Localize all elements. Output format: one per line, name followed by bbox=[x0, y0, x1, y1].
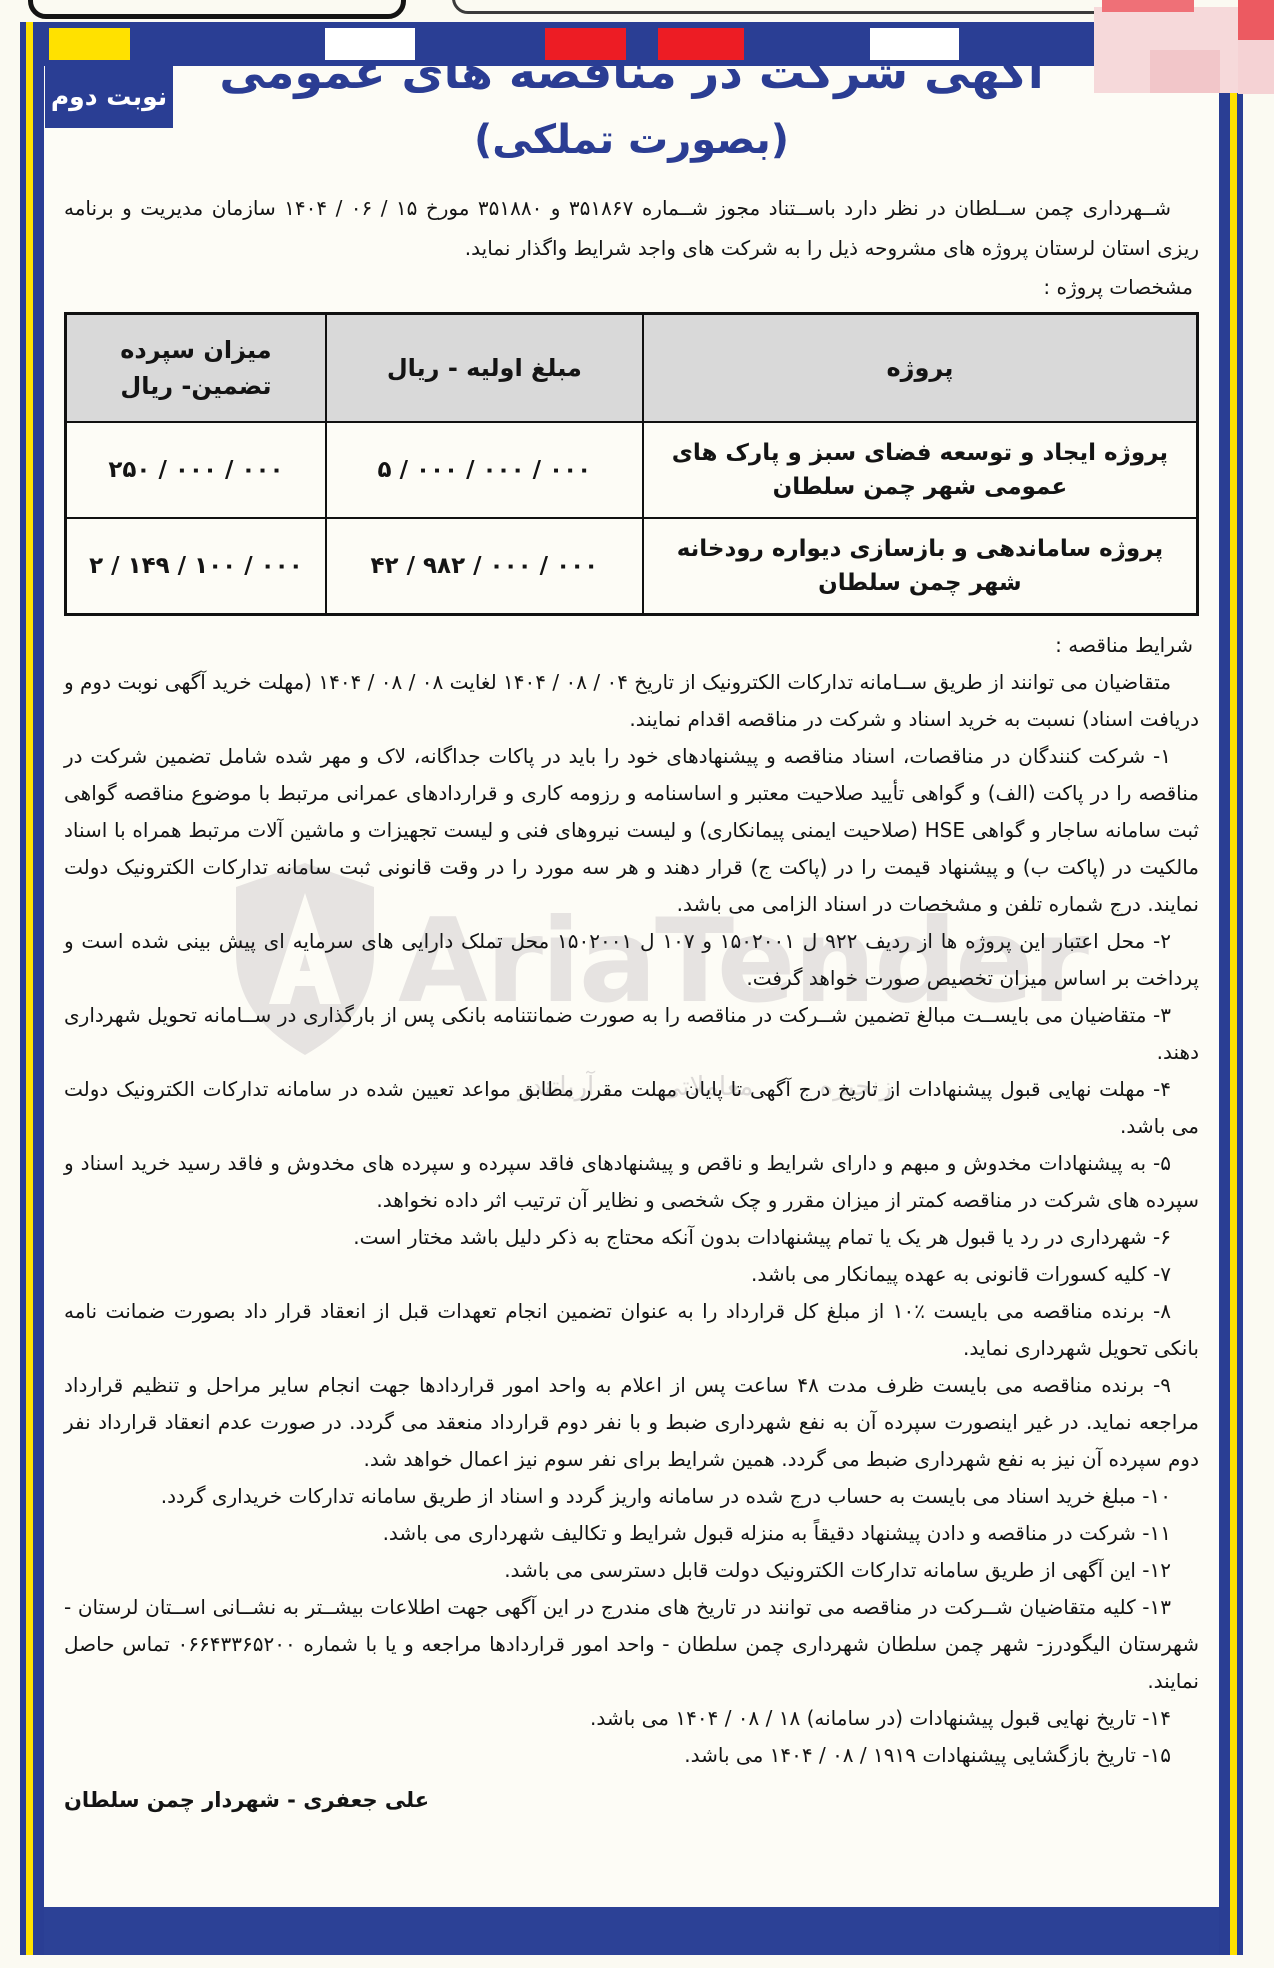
condition-item-1: ۱- شرکت کنندگان در مناقصات، اسناد مناقصه… bbox=[64, 738, 1199, 923]
table-row: پروژه ساماندهی و بازسازی دیواره رودخانه … bbox=[66, 518, 1198, 615]
condition-item-8: ۸- برنده مناقصه می بایست ٪۱۰ از مبلغ کل … bbox=[64, 1293, 1199, 1367]
table-header-row: پروژه مبلغ اولیه - ریال میزان سپرده تضمی… bbox=[66, 314, 1198, 423]
frame-border-left-inner bbox=[33, 22, 44, 1955]
frame-border-right-outer bbox=[1237, 22, 1243, 1955]
frame-yellow-stripe-right bbox=[1230, 22, 1237, 1955]
corner-watermark-pink-block bbox=[1238, 40, 1274, 94]
ad-intro-paragraph: شــهرداری چمن ســلطان در نظر دارد باســت… bbox=[64, 188, 1199, 268]
table-row: پروژه ایجاد و توسعه فضای سبز و پارک های … bbox=[66, 422, 1198, 518]
condition-item-4: ۴- مهلت نهایی قبول پیشنهادات از تاریخ در… bbox=[64, 1071, 1199, 1145]
condition-item-7: ۷- کلیه کسورات قانونی به عهده پیمانکار م… bbox=[64, 1256, 1199, 1293]
condition-item-13: ۱۳- کلیه متقاضیان شــرکت در مناقصه می تو… bbox=[64, 1589, 1199, 1700]
ad-title-line2: (بصورت تملکی) bbox=[64, 108, 1199, 172]
ad-content: آگهی شرکت در مناقصه های عمومی (بصورت تمل… bbox=[44, 22, 1219, 1820]
condition-item-15: ۱۵- تاریخ بازگشایی پیشنهادات ۱۹۱۹ / ۰۸ /… bbox=[64, 1737, 1199, 1774]
condition-item-3: ۳- متقاضیان می بایســت مبالغ تضمین شــرک… bbox=[64, 997, 1199, 1071]
color-chip-red bbox=[658, 28, 744, 60]
frame-border-right-inner bbox=[1219, 22, 1230, 1955]
color-chip-yellow bbox=[49, 28, 130, 60]
color-chip-white bbox=[325, 28, 415, 60]
condition-item-10: ۱۰- مبلغ خرید اسناد می بایست به حساب درج… bbox=[64, 1478, 1199, 1515]
bottom-blue-bar bbox=[20, 1907, 1243, 1955]
column-header-initial-amount: مبلغ اولیه - ریال bbox=[326, 314, 643, 423]
project-name-cell: پروژه ساماندهی و بازسازی دیواره رودخانه … bbox=[643, 518, 1198, 615]
initial-amount-cell: ۵ / ۰۰۰ / ۰۰۰ / ۰۰۰ bbox=[326, 422, 643, 518]
column-header-deposit: میزان سپرده تضمین- ریال bbox=[66, 314, 326, 423]
column-header-project: پروژه bbox=[643, 314, 1198, 423]
condition-item-6: ۶- شهرداری در رد یا قبول هر یک یا تمام پ… bbox=[64, 1219, 1199, 1256]
condition-item-12: ۱۲- این آگهی از طریق سامانه تدارکات الکت… bbox=[64, 1552, 1199, 1589]
condition-item-2: ۲- محل اعتبار این پروژه ها از ردیف ۹۲۲ ل… bbox=[64, 923, 1199, 997]
adjacent-box-outline-left bbox=[28, 0, 406, 19]
frame-yellow-stripe-left bbox=[26, 22, 33, 1955]
tender-ad-frame: نوبت دوم AriaTender زنجیره معاملاتی آریا… bbox=[20, 22, 1243, 1955]
corner-watermark-pink-block bbox=[1150, 50, 1220, 93]
deposit-value: ۲ / ۱۴۹ / ۱۰۰ / ۰۰۰ bbox=[89, 553, 303, 579]
project-name-cell: پروژه ایجاد و توسعه فضای سبز و پارک های … bbox=[643, 422, 1198, 518]
conditions-label: شرایط مناقصه : bbox=[64, 626, 1199, 664]
edition-badge: نوبت دوم bbox=[45, 66, 173, 128]
corner-watermark-red-block bbox=[1102, 0, 1194, 12]
deposit-cell: ۲ / ۱۴۹ / ۱۰۰ / ۰۰۰ bbox=[66, 518, 326, 615]
project-specs-label: مشخصات پروژه : bbox=[64, 268, 1199, 306]
conditions-intro: متقاضیان می توانند از طریق ســامانه تدار… bbox=[64, 664, 1199, 738]
signature-line: علی جعفری - شهردار چمن سلطان bbox=[64, 1780, 1199, 1820]
initial-amount-cell: ۴۲ / ۹۸۲ / ۰۰۰ / ۰۰۰ bbox=[326, 518, 643, 615]
amount-value: ۵ / ۰۰۰ / ۰۰۰ / ۰۰۰ bbox=[378, 457, 592, 483]
condition-item-5: ۵- به پیشنهادات مخدوش و مبهم و دارای شرا… bbox=[64, 1145, 1199, 1219]
deposit-value: ۲۵۰ / ۰۰۰ / ۰۰۰ bbox=[108, 457, 283, 483]
project-specs-table: پروژه مبلغ اولیه - ریال میزان سپرده تضمی… bbox=[64, 312, 1199, 616]
corner-watermark-red-block bbox=[1238, 0, 1274, 40]
condition-item-9: ۹- برنده مناقصه می بایست ظرف مدت ۴۸ ساعت… bbox=[64, 1367, 1199, 1478]
condition-item-14: ۱۴- تاریخ نهایی قبول پیشنهادات (در سامان… bbox=[64, 1700, 1199, 1737]
condition-item-11: ۱۱- شرکت در مناقصه و دادن پیشنهاد دقیقاً… bbox=[64, 1515, 1199, 1552]
color-chip-red bbox=[545, 28, 626, 60]
top-color-band bbox=[20, 22, 1243, 66]
amount-value: ۴۲ / ۹۸۲ / ۰۰۰ / ۰۰۰ bbox=[371, 553, 599, 579]
color-chip-white bbox=[870, 28, 959, 60]
deposit-cell: ۲۵۰ / ۰۰۰ / ۰۰۰ bbox=[66, 422, 326, 518]
